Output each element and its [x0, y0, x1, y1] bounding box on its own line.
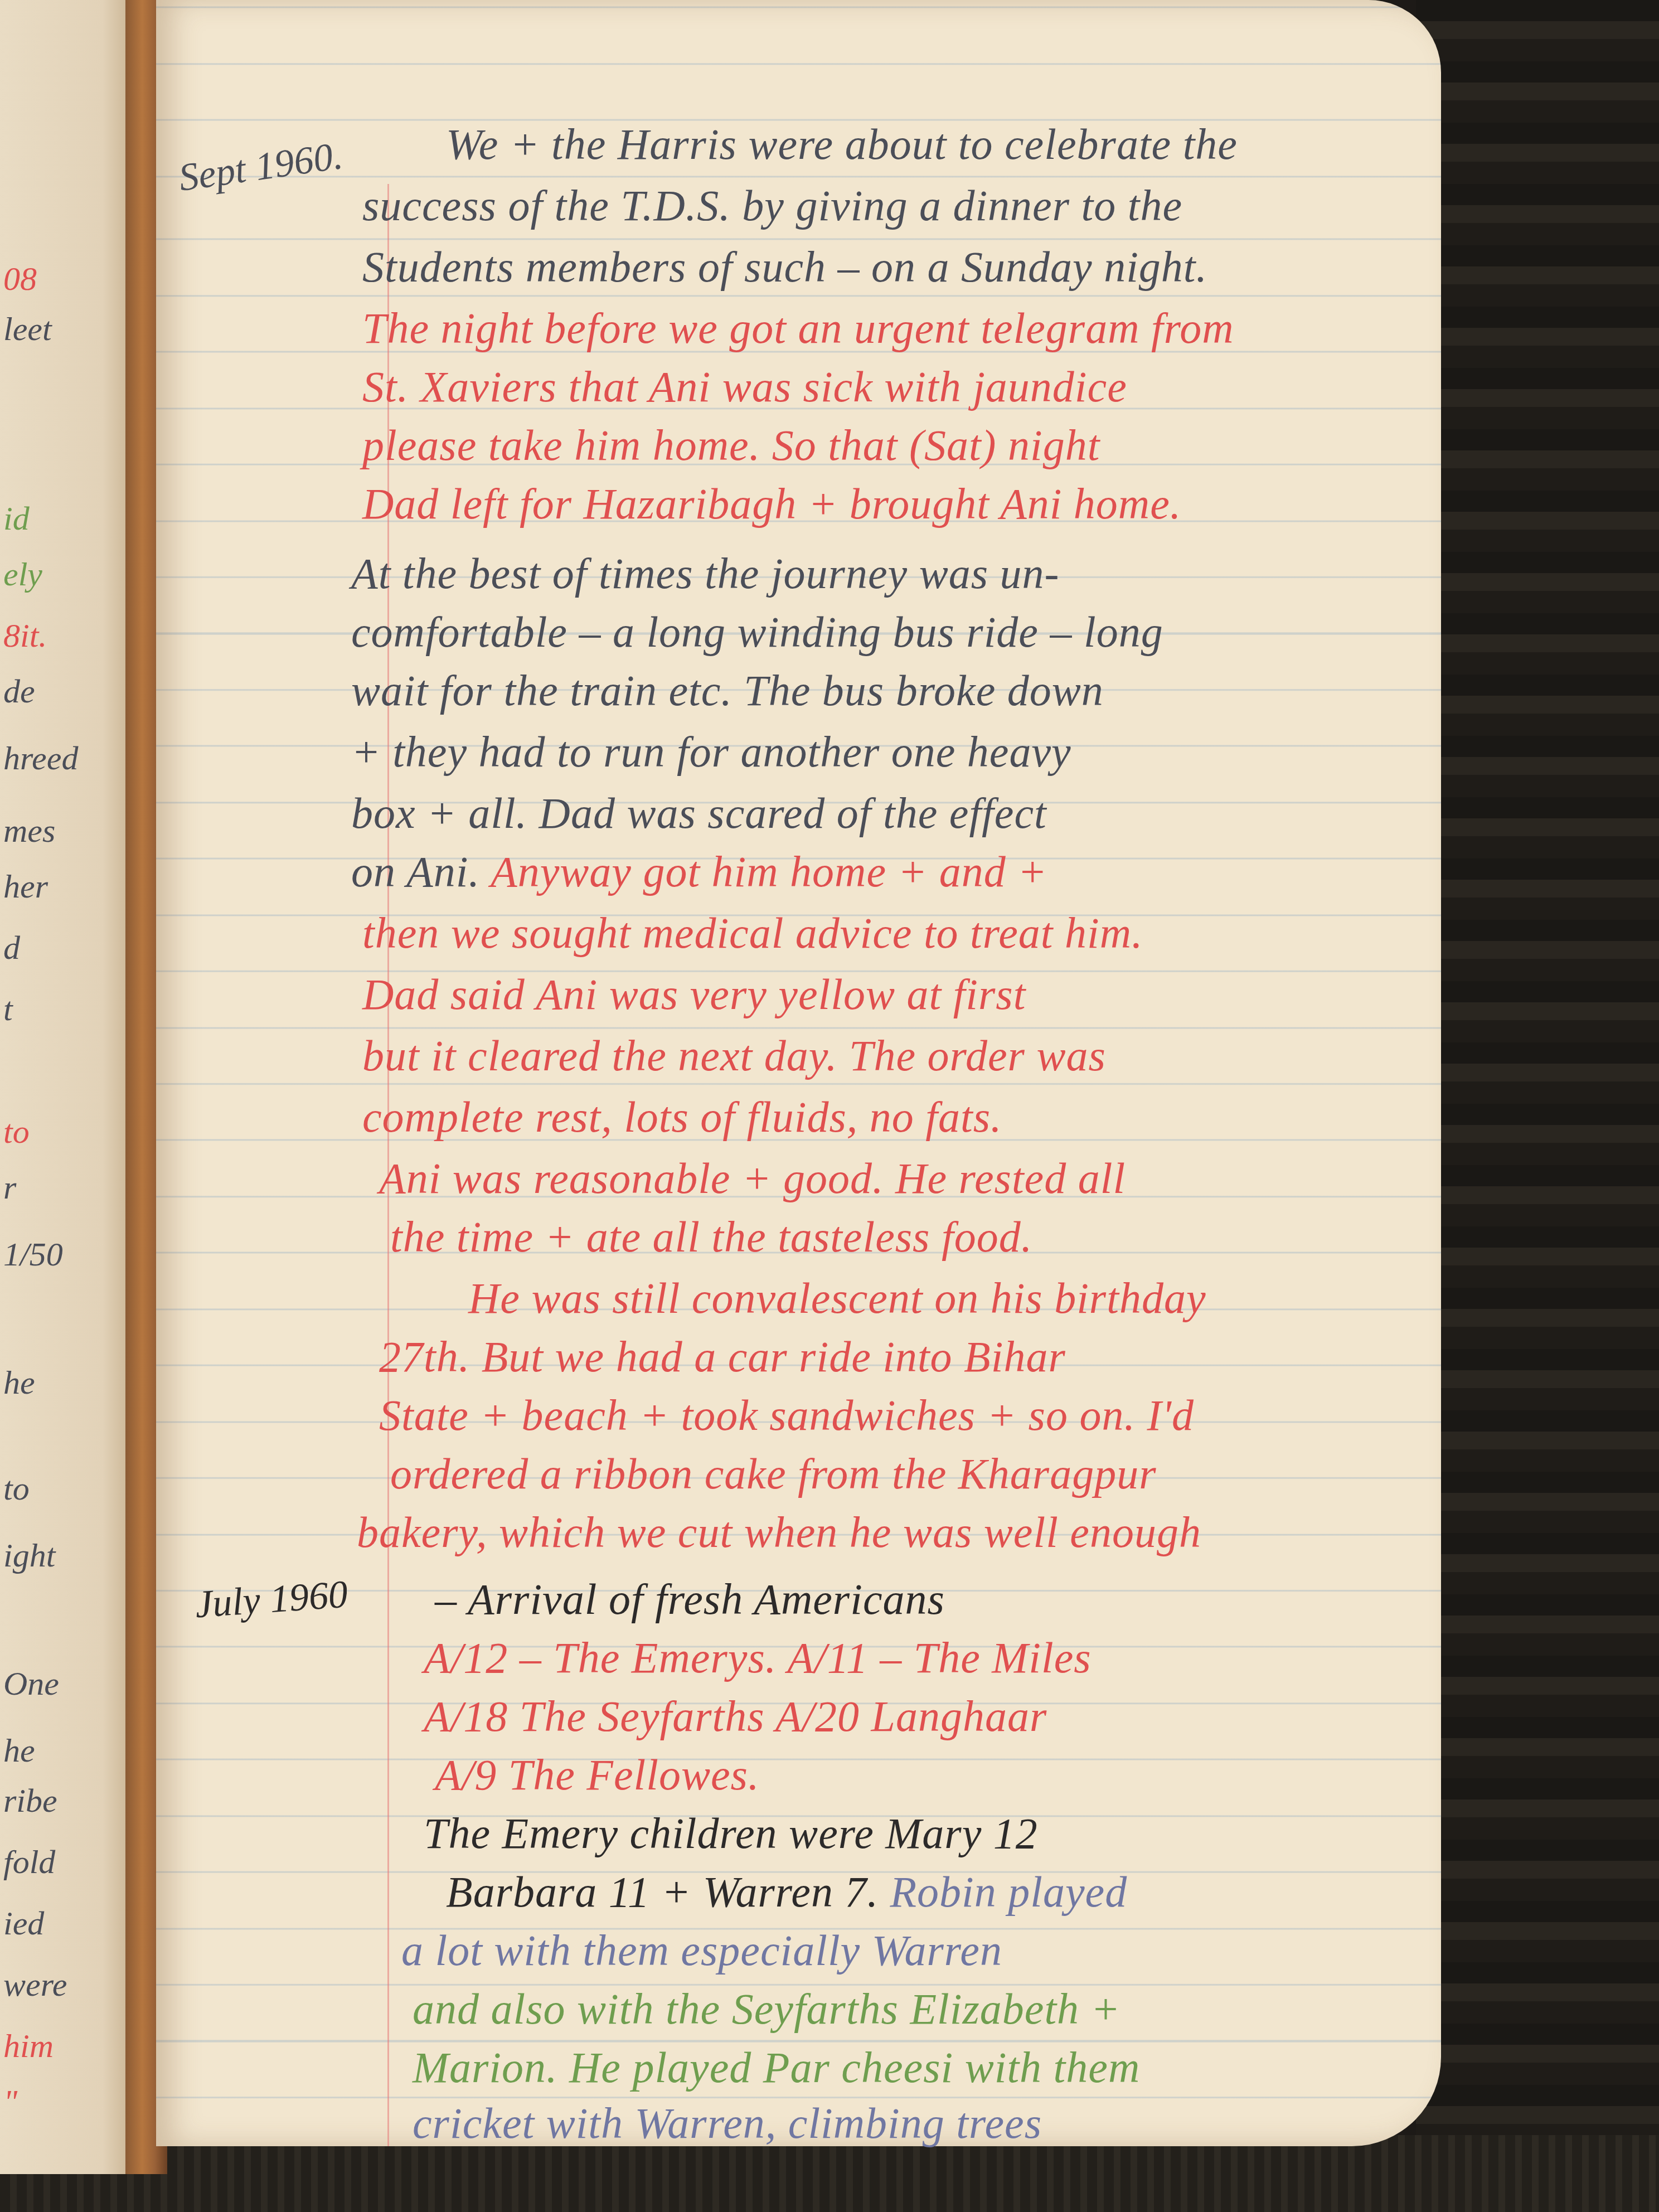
left-fragment: hreed — [3, 741, 78, 775]
diary-line-segment: Barbara 11 + Warren 7. — [446, 1867, 879, 1916]
left-fragment: fold — [3, 1845, 55, 1879]
left-fragment: de — [3, 675, 35, 708]
diary-line: The night before we got an urgent telegr… — [362, 307, 1234, 350]
diary-line: please take him home. So that (Sat) nigh… — [362, 424, 1100, 467]
diary-line: the time + ate all the tasteless food. — [390, 1215, 1032, 1259]
left-fragment: t — [3, 992, 13, 1026]
diary-line: box + all. Dad was scared of the effect — [351, 792, 1047, 835]
diary-line: 27th. But we had a car ride into Bihar — [379, 1335, 1066, 1379]
left-fragment: id — [3, 502, 30, 535]
entry-date: Sept 1960. — [176, 134, 346, 201]
left-fragment: ight — [3, 1539, 55, 1572]
diary-line: Students members of such – on a Sunday n… — [362, 245, 1207, 289]
diary-line: bakery, which we cut when he was well en… — [357, 1511, 1201, 1554]
diary-line: comfortable – a long winding bus ride – … — [351, 610, 1163, 654]
diary-line: on Ani. Anyway got him home + and + — [351, 850, 1047, 894]
diary-line-segment: on Ani. — [351, 847, 480, 896]
left-fragment: ely — [3, 557, 42, 591]
diary-line: Ani was reasonable + good. He rested all — [379, 1157, 1126, 1200]
left-fragment: her — [3, 870, 48, 903]
left-fragment: he — [3, 1734, 35, 1767]
left-fragment: 8it. — [3, 619, 47, 652]
diary-line: + they had to run for another one heavy — [351, 730, 1071, 774]
diary-line: – Arrival of fresh Americans — [435, 1578, 945, 1621]
left-fragment: 1/50 — [3, 1238, 63, 1271]
diary-line: cricket with Warren, climbing trees — [413, 2102, 1042, 2145]
diary-line: Dad said Ani was very yellow at first — [362, 973, 1026, 1016]
diary-line: A/18 The Seyfarths A/20 Langhaar — [424, 1695, 1047, 1738]
left-fragment: to — [3, 1115, 30, 1148]
left-fragment: mes — [3, 814, 55, 847]
diary-line: Dad left for Hazaribagh + brought Ani ho… — [362, 482, 1181, 526]
left-fragment: leet — [3, 312, 52, 346]
diary-line: Marion. He played Par cheesi with them — [413, 2046, 1140, 2089]
diary-line: A/9 The Fellowes. — [435, 1753, 759, 1797]
diary-line: but it cleared the next day. The order w… — [362, 1034, 1106, 1078]
left-fragment: 08 — [3, 262, 37, 295]
left-fragment: ied — [3, 1907, 44, 1940]
diary-line: The Emery children were Mary 12 — [424, 1812, 1038, 1855]
background-cloth — [1416, 0, 1659, 2212]
diary-line: and also with the Seyfarths Elizabeth + — [413, 1987, 1120, 2031]
entry-date: July 1960 — [194, 1573, 350, 1628]
diary-line: a lot with them especially Warren — [401, 1929, 1002, 1972]
left-fragment: " — [3, 2085, 17, 2118]
left-fragment: d — [3, 931, 20, 964]
left-fragment: One — [3, 1667, 59, 1700]
left-fragment: ribe — [3, 1784, 57, 1817]
diary-line: ordered a ribbon cake from the Kharagpur — [390, 1452, 1157, 1496]
diary-line: wait for the train etc. The bus broke do… — [351, 669, 1104, 712]
diary-line: success of the T.D.S. by giving a dinner… — [362, 184, 1182, 227]
left-fragment: him — [3, 2029, 54, 2063]
diary-line: Barbara 11 + Warren 7. Robin played — [446, 1870, 1127, 1914]
diary-line-segment: Anyway got him home + and + — [491, 847, 1047, 896]
diary-line: He was still convalescent on his birthda… — [468, 1277, 1206, 1320]
left-fragment: to — [3, 1472, 30, 1505]
diary-line: State + beach + took sandwiches + so on.… — [379, 1394, 1194, 1437]
left-fragment: were — [3, 1968, 67, 2001]
left-facing-page: 08 leet id ely 8it. de hreed mes her d t… — [0, 0, 128, 2174]
diary-line-segment: Robin played — [890, 1867, 1127, 1916]
diary-page: Sept 1960. We + the Harris were about to… — [156, 0, 1441, 2146]
left-fragment: he — [3, 1366, 35, 1399]
diary-line: A/12 – The Emerys. A/11 – The Miles — [424, 1636, 1092, 1680]
diary-line: complete rest, lots of fluids, no fats. — [362, 1095, 1002, 1139]
diary-line: then we sought medical advice to treat h… — [362, 911, 1143, 955]
left-fragment: r — [3, 1171, 16, 1204]
diary-line: At the best of times the journey was un- — [351, 552, 1059, 595]
diary-line: St. Xaviers that Ani was sick with jaund… — [362, 365, 1127, 409]
diary-line: We + the Harris were about to celebrate … — [446, 123, 1238, 166]
